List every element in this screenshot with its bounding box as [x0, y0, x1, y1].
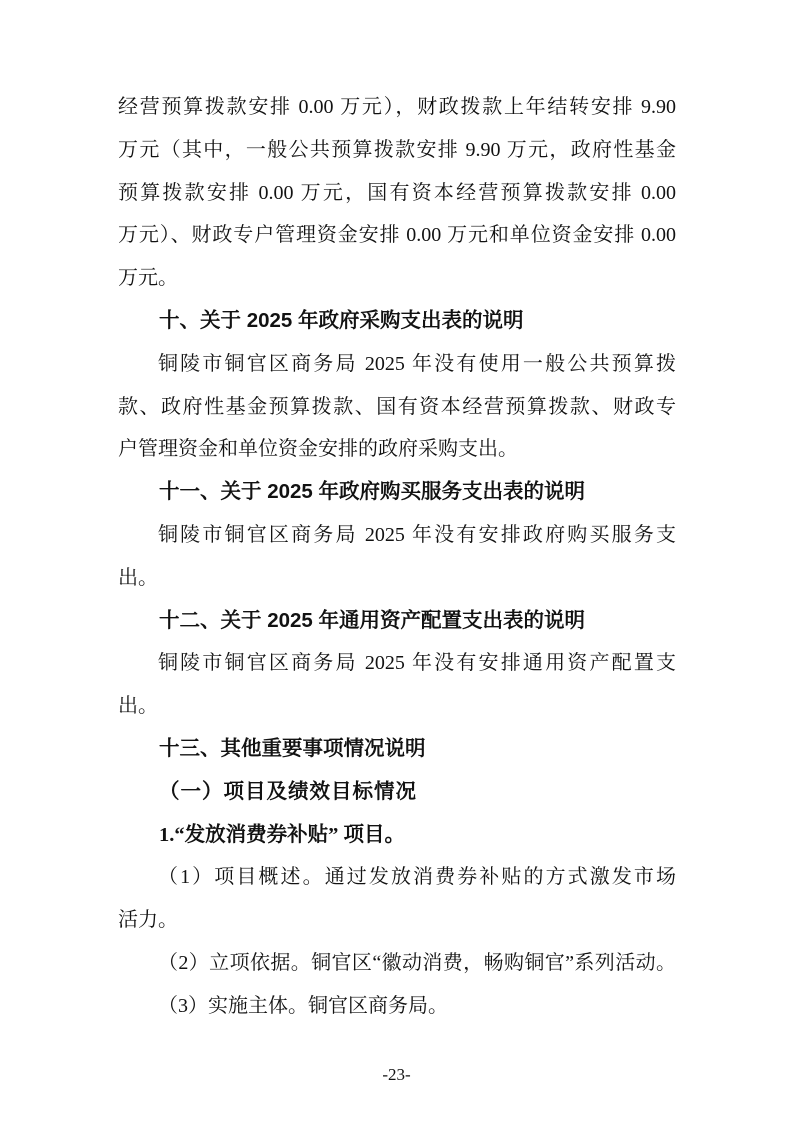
text-line: 铜陵市铜官区商务局 2025 年没有安排政府购买服务支 [118, 514, 676, 557]
paragraph-section-10: 铜陵市铜官区商务局 2025 年没有使用一般公共预算拨款、政府性基金预算拨款、国… [118, 343, 676, 471]
text-line: 十、关于 2025 年政府采购支出表的说明 [118, 300, 676, 343]
text-line: （2）立项依据。铜官区“徽动消费，畅购铜官”系列活动。 [118, 942, 676, 985]
paragraph-funding-continuation: 经营预算拨款安排 0.00 万元），财政拨款上年结转安排 9.90万元（其中，一… [118, 86, 676, 300]
heading-subsection-1: （一）项目及绩效目标情况 [118, 771, 676, 814]
paragraph-section-11: 铜陵市铜官区商务局 2025 年没有安排政府购买服务支出。 [118, 514, 676, 600]
text-line: 十一、关于 2025 年政府购买服务支出表的说明 [118, 471, 676, 514]
text-line: 万元）、财政专户管理资金安排 0.00 万元和单位资金安排 0.00 [118, 214, 676, 257]
text-line: 出。 [118, 685, 676, 728]
heading-section-13: 十三、其他重要事项情况说明 [118, 728, 676, 771]
document-page: 经营预算拨款安排 0.00 万元），财政拨款上年结转安排 9.90万元（其中，一… [0, 0, 793, 1122]
paragraph-project-entity: （3）实施主体。铜官区商务局。 [118, 985, 676, 1028]
text-line: 十三、其他重要事项情况说明 [118, 728, 676, 771]
text-line: 铜陵市铜官区商务局 2025 年没有安排通用资产配置支 [118, 642, 676, 685]
text-line: 出。 [118, 557, 676, 600]
heading-section-12: 十二、关于 2025 年通用资产配置支出表的说明 [118, 600, 676, 643]
document-content: 经营预算拨款安排 0.00 万元），财政拨款上年结转安排 9.90万元（其中，一… [118, 86, 676, 1028]
text-line: 万元（其中，一般公共预算拨款安排 9.90 万元，政府性基金 [118, 129, 676, 172]
text-line: （1）项目概述。通过发放消费券补贴的方式激发市场 [118, 856, 676, 899]
text-line: 预算拨款安排 0.00 万元，国有资本经营预算拨款安排 0.00 [118, 172, 676, 215]
page-number: -23- [0, 1063, 793, 1087]
paragraph-project-overview: （1）项目概述。通过发放消费券补贴的方式激发市场活力。 [118, 856, 676, 942]
text-line: 1.“发放消费券补贴” 项目。 [118, 814, 676, 857]
text-line: 万元。 [118, 257, 676, 300]
text-line: 款、政府性基金预算拨款、国有资本经营预算拨款、财政专 [118, 386, 676, 429]
text-line: 活力。 [118, 899, 676, 942]
text-line: 经营预算拨款安排 0.00 万元），财政拨款上年结转安排 9.90 [118, 86, 676, 129]
heading-section-10: 十、关于 2025 年政府采购支出表的说明 [118, 300, 676, 343]
text-line: （一）项目及绩效目标情况 [118, 771, 676, 814]
text-line: 户管理资金和单位资金安排的政府采购支出。 [118, 428, 676, 471]
heading-project-1: 1.“发放消费券补贴” 项目。 [118, 814, 676, 857]
text-line: 十二、关于 2025 年通用资产配置支出表的说明 [118, 600, 676, 643]
text-line: （3）实施主体。铜官区商务局。 [118, 985, 676, 1028]
text-line: 铜陵市铜官区商务局 2025 年没有使用一般公共预算拨 [118, 343, 676, 386]
paragraph-project-basis: （2）立项依据。铜官区“徽动消费，畅购铜官”系列活动。 [118, 942, 676, 985]
paragraph-section-12: 铜陵市铜官区商务局 2025 年没有安排通用资产配置支出。 [118, 642, 676, 728]
heading-section-11: 十一、关于 2025 年政府购买服务支出表的说明 [118, 471, 676, 514]
